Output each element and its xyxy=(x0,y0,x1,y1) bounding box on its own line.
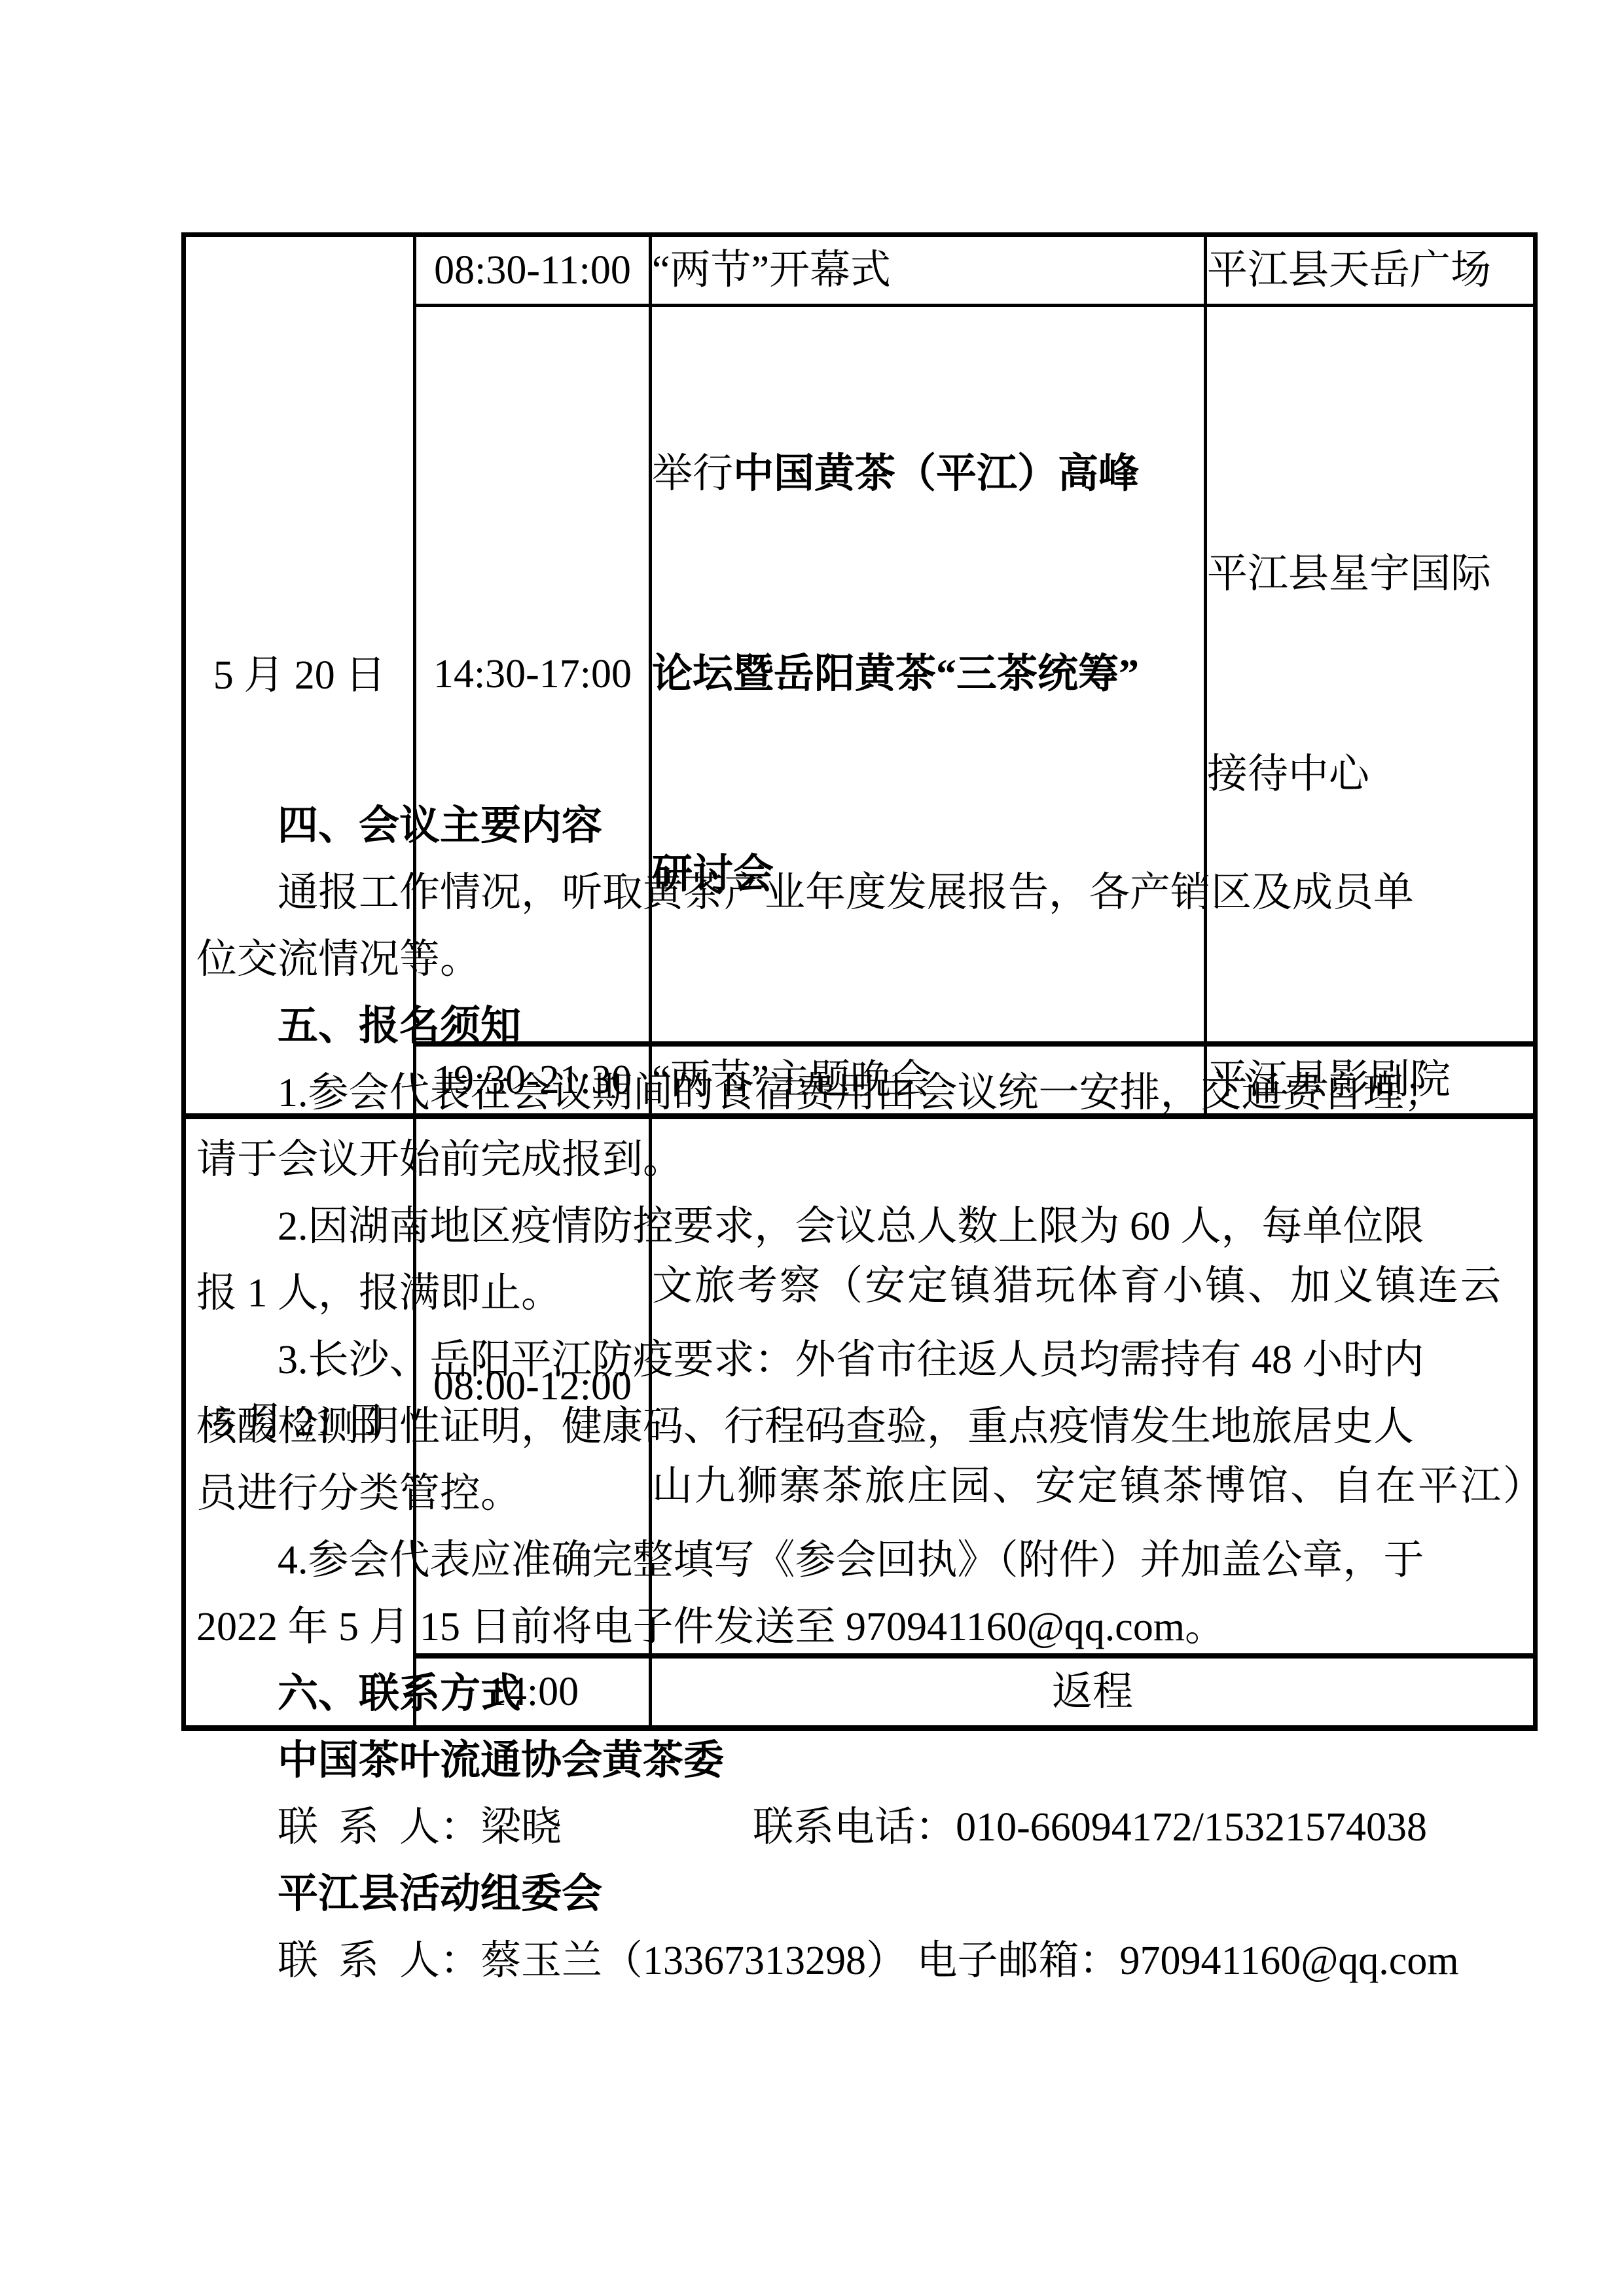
table-row: 5 月 20 日 08:30-11:00 “两节”开幕式 平江县天岳广场 xyxy=(184,235,1536,306)
location-line: 平江县星宇国际 xyxy=(1207,541,1533,607)
activity-cell-1: “两节”开幕式 xyxy=(651,235,1206,306)
section-4-paragraph-line: 通报工作情况，听取黄茶产业年度发展报告，各产销区及成员单 xyxy=(196,859,1427,926)
section-4-heading: 四、会议主要内容 xyxy=(196,793,1427,859)
section-5-item-4-line: 2022 年 5 月 15 日前将电子件发送至 970941160@qq.com… xyxy=(196,1594,1427,1660)
contact-person-1: 联 系 人：梁晓 xyxy=(278,1794,562,1861)
contact-org-1: 中国茶叶流通协会黄茶委 xyxy=(196,1727,1427,1794)
section-5-item-3-line: 核酸检测阴性证明，健康码、行程码查验，重点疫情发生地旅居史人 xyxy=(196,1393,1427,1460)
section-5-heading: 五、报名须知 xyxy=(196,993,1427,1060)
section-6-heading: 六、联系方式 xyxy=(196,1660,1427,1727)
activity-line: 举行中国黄茶（平江）高峰 xyxy=(652,440,1204,507)
section-5-item-2-line: 2.因湖南地区疫情防控要求，会议总人数上限为 60 人，每单位限 xyxy=(196,1193,1427,1260)
contact-line-1: 联 系 人：梁晓 联系电话：010-66094172/15321574038 xyxy=(196,1794,1427,1861)
section-5-item-3-line: 3.长沙、岳阳平江防疫要求：外省市往返人员均需持有 48 小时内 xyxy=(196,1327,1427,1393)
activity-bold-text: 中国黄茶（平江）高峰 xyxy=(733,452,1139,496)
contact-line-2: 联 系 人：蔡玉兰（13367313298） 电子邮箱：970941160@qq… xyxy=(196,1928,1427,1994)
section-5-item-1-line: 1.参会代表在会议期间的食宿费用由会议统一安排，交通费自理； xyxy=(196,1060,1427,1126)
section-5-item-1-line: 请于会议开始前完成报到。 xyxy=(196,1126,1427,1193)
location-cell-1: 平江县天岳广场 xyxy=(1206,235,1536,306)
document-body: 四、会议主要内容 通报工作情况，听取黄茶产业年度发展报告，各产销区及成员单 位交… xyxy=(196,793,1427,1994)
section-5-item-2-line: 报 1 人，报满即止。 xyxy=(196,1260,1427,1327)
time-cell-1: 08:30-11:00 xyxy=(415,235,651,306)
section-5-item-3-line: 员进行分类管控。 xyxy=(196,1460,1427,1527)
activity-prefix: 举行 xyxy=(652,452,733,496)
contact-phone-1: 联系电话：010-66094172/15321574038 xyxy=(753,1794,1427,1861)
document-page: 5 月 20 日 08:30-11:00 “两节”开幕式 平江县天岳广场 14:… xyxy=(0,0,1624,2296)
section-5-item-4-line: 4.参会代表应准确完整填写《参会回执》（附件）并加盖公章，于 xyxy=(196,1527,1427,1594)
activity-line: 论坛暨岳阳黄茶“三茶统筹” xyxy=(652,641,1204,708)
section-4-paragraph-line: 位交流情况等。 xyxy=(196,926,1427,993)
contact-org-2: 平江县活动组委会 xyxy=(196,1861,1427,1928)
